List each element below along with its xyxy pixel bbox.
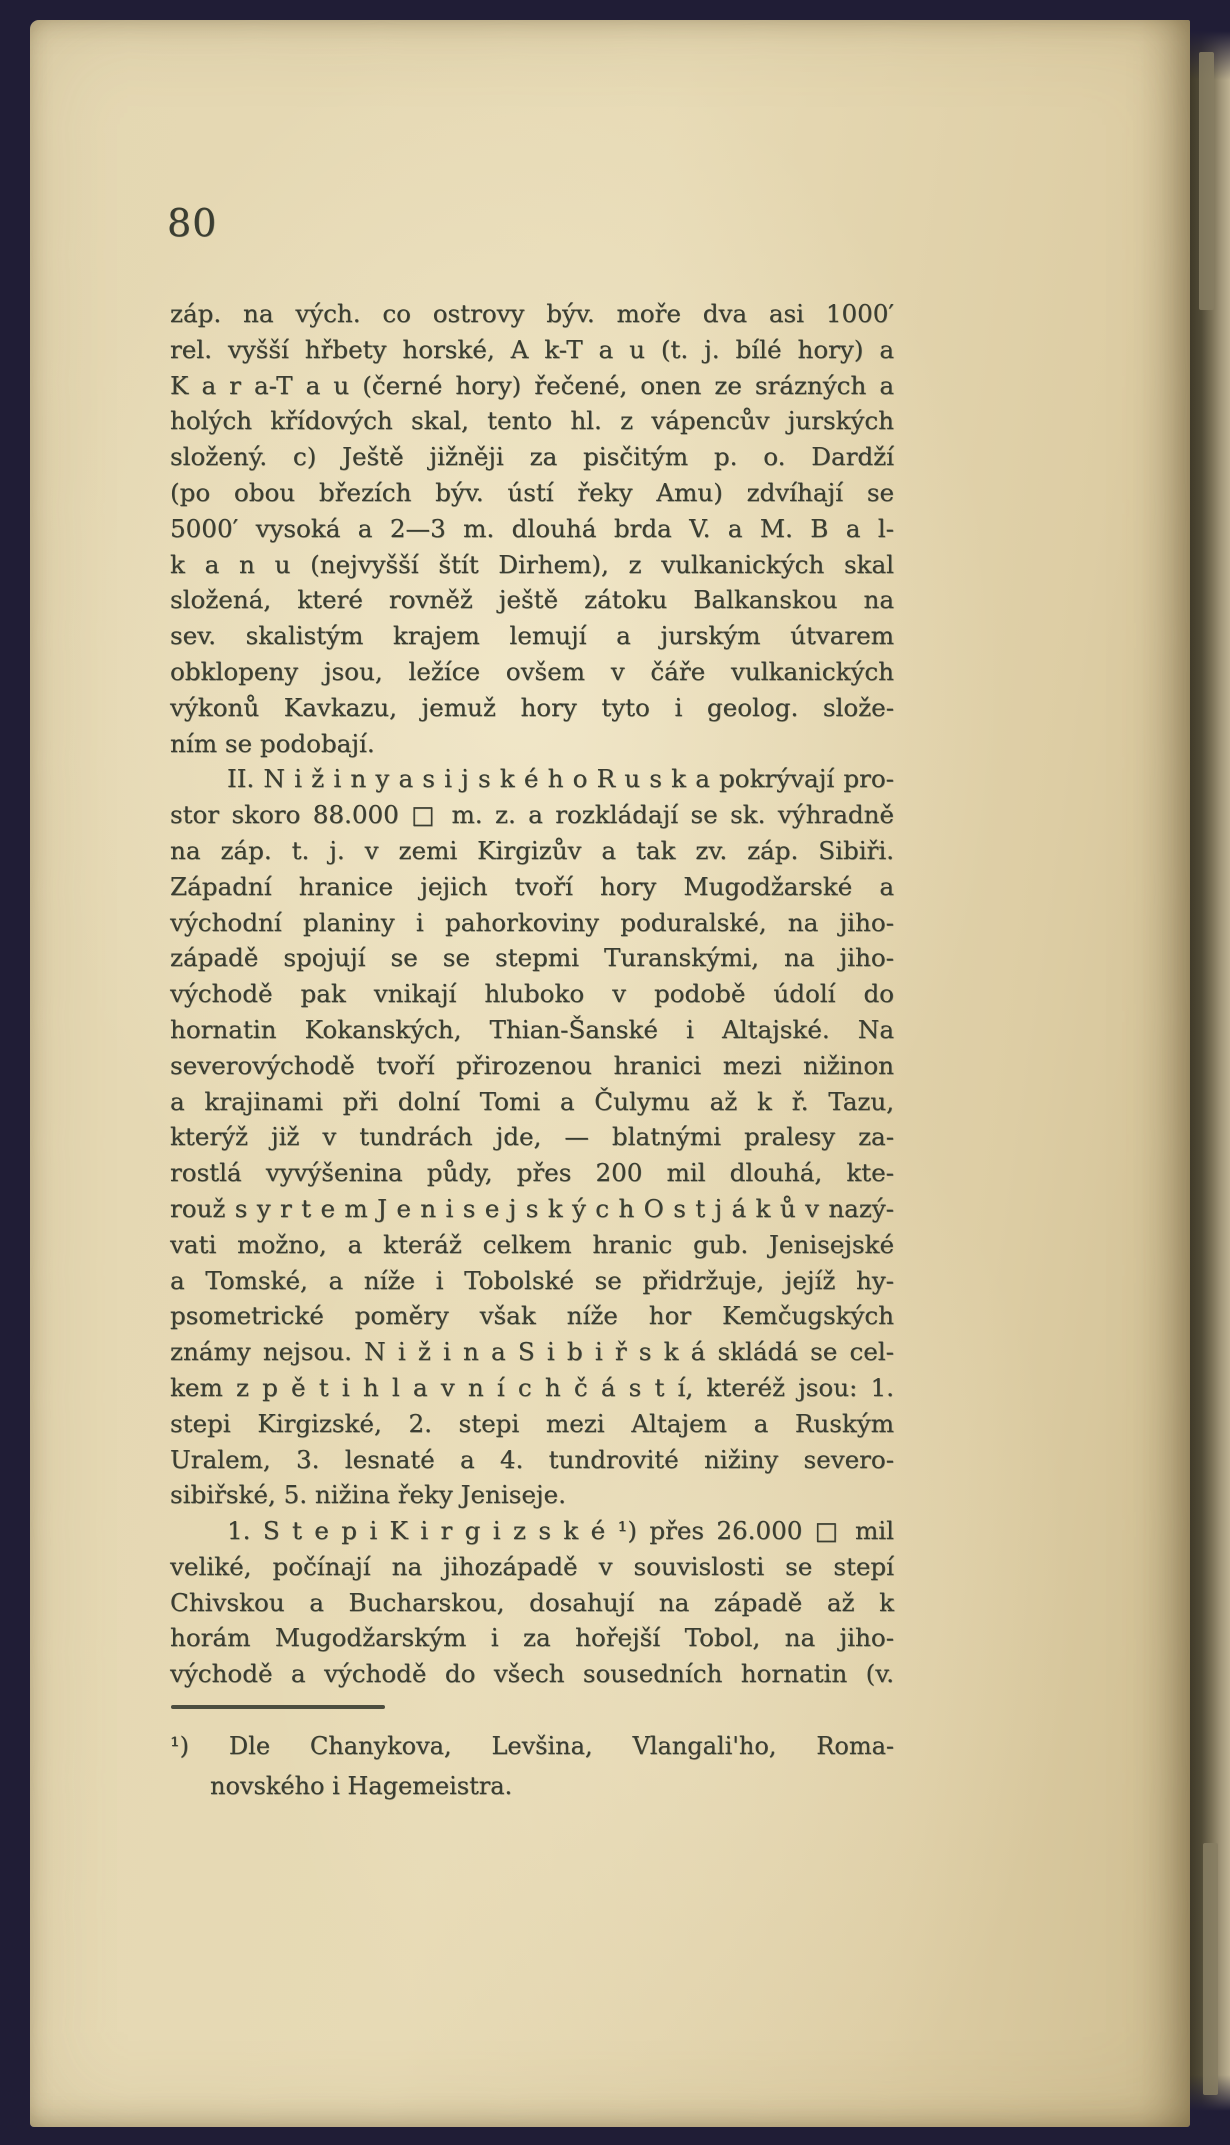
text-line: rostlá vyvýšenina půdy, přes 200 mil dlo… (170, 1155, 894, 1191)
text-line: vati možno, a kteráž celkem hranic gub. … (170, 1227, 894, 1263)
text-line: Chivskou a Bucharskou, dosahují na západ… (170, 1585, 894, 1621)
text-line: psometrické poměry však níže hor Kemčugs… (170, 1298, 894, 1334)
text-line: na záp. t. j. v zemi Kirgizův a tak zv. … (170, 833, 894, 869)
text-line: k a n u (nejvyšší štít Dirhem), z vulkan… (170, 547, 894, 583)
text-line: veliké, počínají na jihozápadě v souvisl… (170, 1549, 894, 1585)
text-line: a Tomské, a níže i Tobolské se přidržuje… (170, 1263, 894, 1299)
page-number: 80 (167, 203, 217, 243)
text-line: K a r a-T a u (černé hory) řečené, onen … (170, 368, 894, 404)
text-line: kem z p ě t i h l a v n í c h č á s t í,… (170, 1370, 894, 1406)
footnote-rule (171, 1705, 385, 1709)
text-line: 5000′ vysoká a 2—3 m. dlouhá brda V. a M… (170, 511, 894, 547)
text-line: složený. c) Ještě jižněji za pisčitým p.… (170, 439, 894, 475)
text-line: stor skoro 88.000 □ m. z. a rozkládají s… (170, 797, 894, 833)
text-line: východě pak vnikají hluboko v podobě údo… (170, 976, 894, 1012)
text-line: kterýž již v tundrách jde, — blatnými pr… (170, 1119, 894, 1155)
text-line: Uralem, 3. lesnaté a 4. tundrovité nižin… (170, 1442, 894, 1478)
footnote-line: ¹) Dle Chanykova, Levšina, Vlangali'ho, … (170, 1726, 894, 1766)
page-edge-sliver-top (1199, 52, 1214, 310)
text-line: rouž s y r t e m J e n i s e j s k ý c h… (170, 1191, 894, 1227)
text-line: obklopeny jsou, ležíce ovšem v čáře vulk… (170, 654, 894, 690)
footnote: ¹) Dle Chanykova, Levšina, Vlangali'ho, … (170, 1726, 894, 1806)
text-line: východě a východě do všech sousedních ho… (170, 1656, 894, 1692)
text-line: severovýchodě tvoří přirozenou hranici m… (170, 1048, 894, 1084)
page-edge-sliver-bottom (1203, 1843, 1218, 2095)
text-line: II. N i ž i n y a s i j s k é h o R u s … (170, 761, 894, 797)
text-line: složená, které rovněž ještě zátoku Balka… (170, 582, 894, 618)
text-line: známy nejsou. N i ž i n a S i b i ř s k … (170, 1334, 894, 1370)
text-line: horám Mugodžarským i za hořejší Tobol, n… (170, 1620, 894, 1656)
text-line: holých křídových skal, tento hl. z vápen… (170, 403, 894, 439)
text-line: výkonů Kavkazu, jemuž hory tyto i geolog… (170, 690, 894, 726)
text-line: záp. na vých. co ostrovy býv. moře dva a… (170, 296, 894, 332)
text-line: západě spojují se se stepmi Turanskými, … (170, 940, 894, 976)
text-line: východní planiny i pahorkoviny poduralsk… (170, 905, 894, 941)
text-line: (po obou březích býv. ústí řeky Amu) zdv… (170, 475, 894, 511)
text-line: stepi Kirgizské, 2. stepi mezi Altajem a… (170, 1406, 894, 1442)
text-line: Západní hranice jejich tvoří hory Mugodž… (170, 869, 894, 905)
text-line: sev. skalistým krajem lemují a jurským ú… (170, 618, 894, 654)
text-line: hornatin Kokanských, Thian-Šanské i Alta… (170, 1012, 894, 1048)
text-line: a krajinami při dolní Tomi a Čulymu až k… (170, 1084, 894, 1120)
text-line: sibiřské, 5. nižina řeky Jeniseje. (170, 1477, 894, 1513)
adjacent-page-edge (1186, 10, 1230, 2135)
body-text: záp. na vých. co ostrovy býv. moře dva a… (170, 296, 894, 1692)
text-line: 1. S t e p i K i r g i z s k é ¹) přes 2… (170, 1513, 894, 1549)
footnote-line: novského i Hagemeistra. (170, 1766, 894, 1806)
text-line: ním se podobají. (170, 726, 894, 762)
scanned-book-photo: 80 záp. na vých. co ostrovy býv. moře dv… (0, 0, 1230, 2145)
text-line: rel. vyšší hřbety horské, A k-T a u (t. … (170, 332, 894, 368)
